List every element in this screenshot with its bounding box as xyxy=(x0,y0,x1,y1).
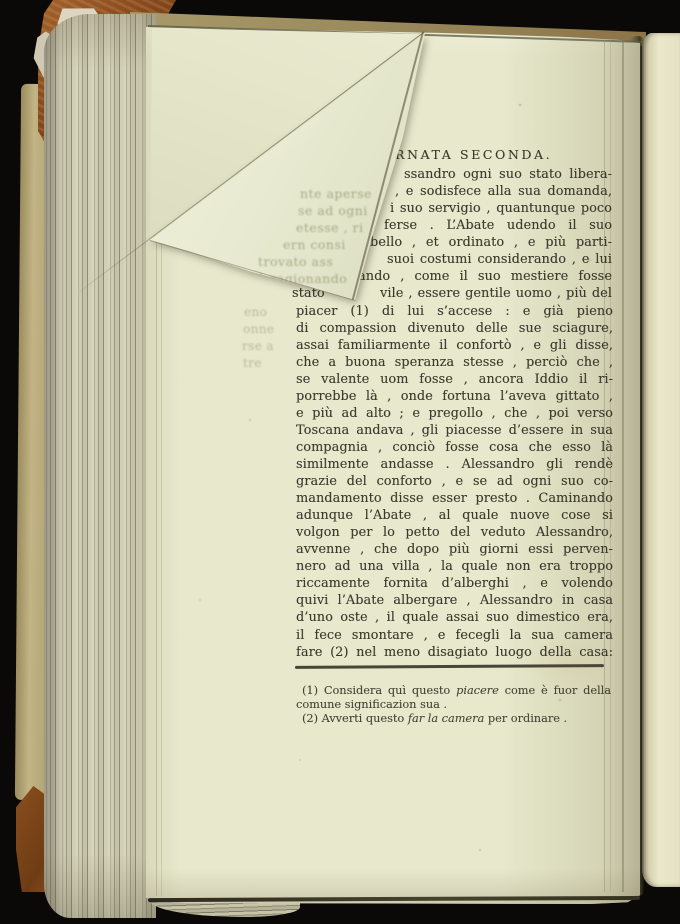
fold-ghost-text: ern consi xyxy=(283,237,346,252)
book-photo: GIORNATA SECONDA. ssandro ogni suo stato… xyxy=(0,0,680,924)
folded-corner-wrapper: nte apersese ad ognietesse , riern consi… xyxy=(0,0,680,924)
fold-ghost-text: trovato ass xyxy=(258,254,333,269)
fold-ghost-text: se ad ogni xyxy=(298,203,368,218)
fold-ghost-text: nte aperse xyxy=(300,186,372,201)
fold-ghost-text: etesse , ri xyxy=(296,220,363,235)
